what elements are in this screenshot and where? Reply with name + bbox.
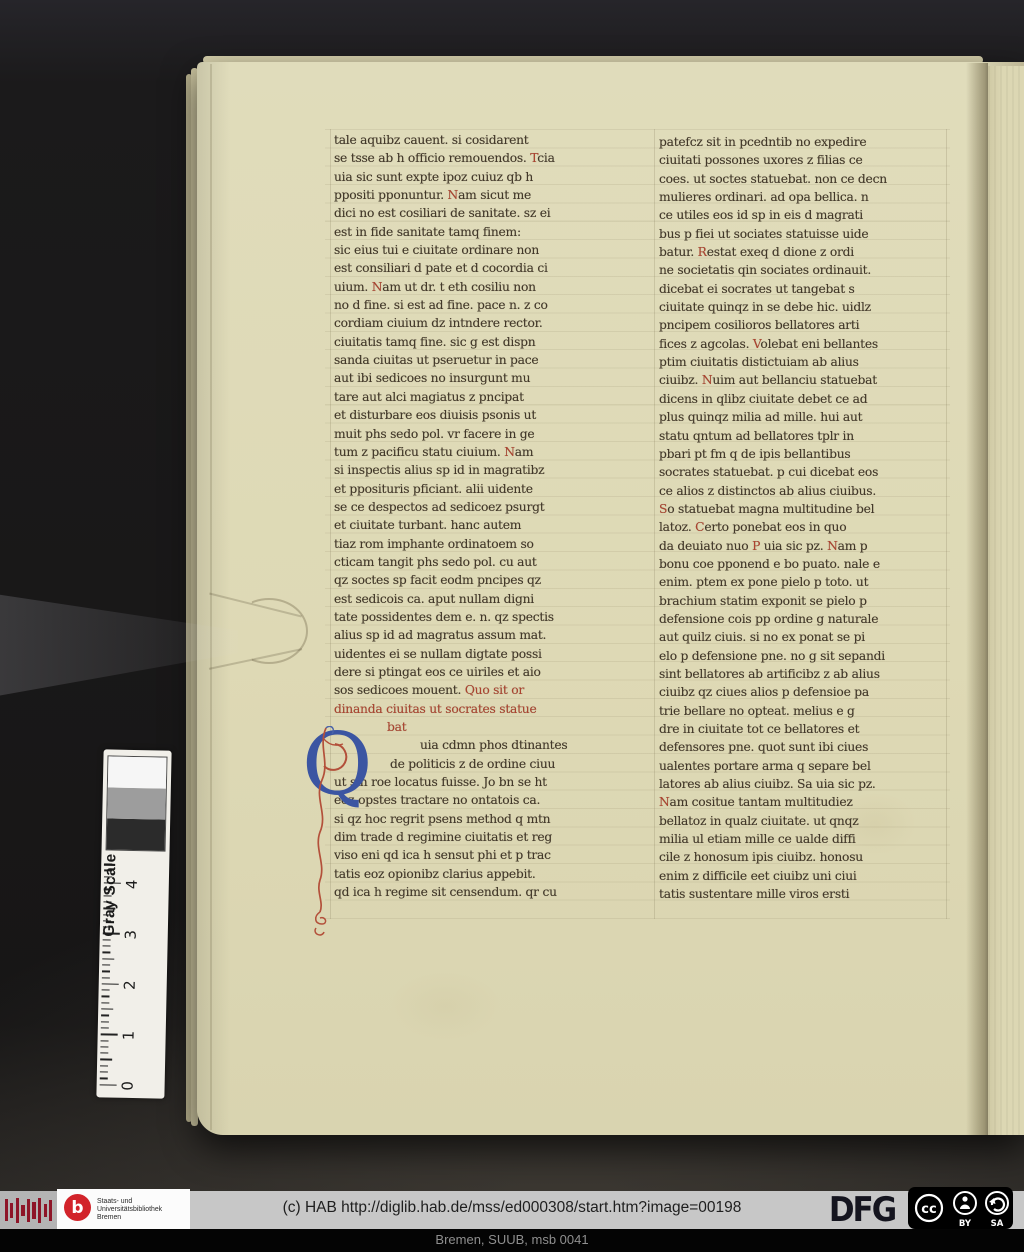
ink-text: enim. ptem ex pone pielo p toto. ut bbox=[659, 575, 868, 589]
manuscript-line: plus quinqz milia ad mille. hui aut bbox=[659, 408, 942, 426]
rubric-text: bat bbox=[387, 720, 406, 734]
ink-text: ciuitati possones uxores z filias ce bbox=[659, 153, 863, 167]
ink-text: et pposituris pficiant. alii uidente bbox=[334, 482, 533, 496]
manuscript-line: bonu coe pponend e bo puato. nale e bbox=[659, 555, 942, 573]
ruler-tick bbox=[102, 971, 110, 973]
gray-scale-ruler-body: 01234 Gray Scale bbox=[96, 749, 171, 1098]
ink-text: trie bellare no opteat. melius e g bbox=[659, 704, 855, 718]
rubric-text: Quo sit or bbox=[465, 683, 524, 697]
manuscript-line: tale aquibz cauent. si cosidarent bbox=[334, 131, 652, 149]
manuscript-line: batur. Restat exeq d dione z ordi bbox=[659, 243, 942, 261]
manuscript-line: pncipem cosilioros bellatores arti bbox=[659, 316, 942, 334]
ink-text: si inspectis alius sp id in magratibz bbox=[334, 463, 544, 477]
manuscript-line: sanda ciuitas ut pseruetur in pace bbox=[334, 351, 652, 369]
manuscript-line: de politicis z de ordine ciuu bbox=[334, 755, 652, 773]
manuscript-line: defensione cois pp ordine g naturale bbox=[659, 610, 942, 628]
rubric-text: R bbox=[698, 245, 707, 259]
ink-text: cia bbox=[537, 151, 554, 165]
ink-text: est in fide sanitate tamq finem: bbox=[334, 225, 521, 239]
rubric-text: P bbox=[752, 539, 760, 553]
manuscript-line: elo p defensione pne. no g sit sepandi bbox=[659, 647, 942, 665]
ink-text: defensione cois pp ordine g naturale bbox=[659, 612, 878, 626]
ink-text: aut ibi sedicoes no insurgunt mu bbox=[334, 371, 530, 385]
ink-text: tatis eoz opionibz clarius appebit. bbox=[334, 867, 536, 881]
manuscript-line: dre in ciuitate tot ce bellatores et bbox=[659, 720, 942, 738]
ink-text: am sicut me bbox=[458, 188, 531, 202]
ink-text: sint bellatores ab artificibz z ab alius bbox=[659, 667, 880, 681]
ink-text: bellatoz in qualz ciuitate. ut qnqz bbox=[659, 814, 858, 828]
ruler-tick bbox=[100, 1046, 108, 1048]
ruler-tick bbox=[101, 1015, 109, 1017]
ink-text: defensores pne. quot sunt ibi ciues bbox=[659, 740, 868, 754]
ink-text: ciuitate quinqz in se debe hic. uidlz bbox=[659, 300, 871, 314]
ink-text: cticam tangit phs sedo pol. cu aut bbox=[334, 555, 537, 569]
manuscript-line: ne societatis qin sociates ordinauit. bbox=[659, 261, 942, 279]
manuscript-line: ciuitate quinqz in se debe hic. uidlz bbox=[659, 298, 942, 316]
manuscript-line: mulieres ordinari. ad opa bellica. n bbox=[659, 188, 942, 206]
ink-text: statu qntum ad bellatores tplr in bbox=[659, 429, 854, 443]
ink-text: dere si ptingat eos ce uiriles et aio bbox=[334, 665, 541, 679]
sa-label: SA bbox=[991, 1219, 1004, 1229]
manuscript-line: eoz opstes tractare no ontatois ca. bbox=[334, 791, 652, 809]
manuscript-line: defensores pne. quot sunt ibi ciues bbox=[659, 738, 942, 756]
ink-text: uia sic pz. bbox=[760, 539, 827, 553]
manuscript-line: ualentes portare arma q separe bel bbox=[659, 757, 942, 775]
manuscript-line: aut quilz ciuis. si no ex ponat se pi bbox=[659, 628, 942, 646]
manuscript-line: tum z pacificu statu ciuium. Nam bbox=[334, 443, 652, 461]
ruler-number: 2 bbox=[121, 979, 139, 991]
ink-text: uium. bbox=[334, 280, 372, 294]
manuscript-line: coes. ut soctes statuebat. non ce decn bbox=[659, 170, 942, 188]
ink-text: estat exeq d dione z ordi bbox=[707, 245, 854, 259]
manuscript-line: statu qntum ad bellatores tplr in bbox=[659, 427, 942, 445]
ink-text: dim trade d regimine ciuitatis et reg bbox=[334, 830, 552, 844]
ink-text: ualentes portare arma q separe bel bbox=[659, 759, 871, 773]
manuscript-line: et disturbare eos diuisis psonis ut bbox=[334, 406, 652, 424]
ink-text: coes. ut soctes statuebat. non ce decn bbox=[659, 172, 887, 186]
ink-text: cile z honosum ipis ciuibz. honosu bbox=[659, 850, 863, 864]
column-rule bbox=[946, 129, 947, 919]
ink-text: et ciuitate turbant. hanc autem bbox=[334, 518, 521, 532]
ink-text: ciuitatis tamq fine. sic g est dispn bbox=[334, 335, 535, 349]
ink-text: uim aut bellanciu statuebat bbox=[712, 373, 877, 387]
manuscript-line: si inspectis alius sp id in magratibz bbox=[334, 461, 652, 479]
manuscript-line: tare aut alci magiatus z pncipat bbox=[334, 388, 652, 406]
ink-text: da deuiato nuo bbox=[659, 539, 752, 553]
ink-text: batur. bbox=[659, 245, 698, 259]
ink-text: dicebat ei socrates ut tangebat s bbox=[659, 282, 855, 296]
ink-text: uidentes ei se nullam digtate possi bbox=[334, 647, 542, 661]
ink-text: sic eius tui e ciuitate ordinare non bbox=[334, 243, 539, 257]
ruler-tick bbox=[101, 1027, 109, 1029]
ruler-tick bbox=[101, 996, 109, 998]
manuscript-line: ciuibz qz ciues alios p defensioe pa bbox=[659, 683, 942, 701]
ink-text: uia sic sunt expte ipoz cuiuz qb h bbox=[334, 170, 533, 184]
manuscript-line: tatis sustentare mille viros ersti bbox=[659, 885, 942, 903]
manuscript-line: milia ul etiam mille ce ualde diffi bbox=[659, 830, 942, 848]
ink-text: bonu coe pponend e bo puato. nale e bbox=[659, 557, 880, 571]
ruler-tick bbox=[102, 989, 110, 991]
ink-text: alius sp id ad magratus assum mat. bbox=[334, 628, 546, 642]
manuscript-line: bellatoz in qualz ciuitate. ut qnqz bbox=[659, 812, 942, 830]
manuscript-line: ut sin roe locatus fuisse. Jo bn se ht bbox=[334, 773, 652, 791]
manuscript-right-column: patefcz sit in pcedntib no expedireciuit… bbox=[659, 133, 942, 903]
manuscript-line: dici no est cosiliari de sanitate. sz ei bbox=[334, 204, 652, 222]
manuscript-line: et ciuitate turbant. hanc autem bbox=[334, 516, 652, 534]
ruler-number: 1 bbox=[120, 1029, 138, 1041]
manuscript-line: latores ab alius ciuibz. Sa uia sic pz. bbox=[659, 775, 942, 793]
manuscript-line: bus p fiei ut sociates statuisse uide bbox=[659, 225, 942, 243]
ink-text: plus quinqz milia ad mille. hui aut bbox=[659, 410, 862, 424]
manuscript-line: ciuitatis tamq fine. sic g est dispn bbox=[334, 333, 652, 351]
ink-text: brachium statim exponit se pielo p bbox=[659, 594, 867, 608]
rubric-text: dinanda ciuitas ut socrates statue bbox=[334, 702, 537, 716]
ruler-number: 4 bbox=[123, 878, 141, 890]
ink-text: ciuibz qz ciues alios p defensioe pa bbox=[659, 685, 869, 699]
ink-text: dicens in qlibz ciuitate debet ce ad bbox=[659, 392, 867, 406]
ink-text: ptim ciuitatis distictuiam ab alius bbox=[659, 355, 859, 369]
manuscript-line: tatis eoz opionibz clarius appebit. bbox=[334, 865, 652, 883]
manuscript-line: et pposituris pficiant. alii uidente bbox=[334, 480, 652, 498]
ruler-tick bbox=[101, 1008, 113, 1010]
ink-text: tiaz rom imphante ordinatoem so bbox=[334, 537, 534, 551]
ruler-tick bbox=[100, 1065, 108, 1067]
manuscript-line: patefcz sit in pcedntib no expedire bbox=[659, 133, 942, 151]
ruler-tick bbox=[102, 977, 110, 979]
ruler-tick bbox=[101, 1021, 109, 1023]
gray-scale-label: Gray Scale bbox=[101, 853, 121, 937]
pen-flourish bbox=[310, 726, 336, 941]
ink-text: et disturbare eos diuisis psonis ut bbox=[334, 408, 536, 422]
manuscript-line: enim. ptem ex pone pielo p toto. ut bbox=[659, 573, 942, 591]
manuscript-line: sint bellatores ab artificibz z ab alius bbox=[659, 665, 942, 683]
ink-text: qz soctes sp facit eodm pncipes qz bbox=[334, 573, 541, 587]
ink-text: am p bbox=[838, 539, 868, 553]
ink-text: de politicis z de ordine ciuu bbox=[390, 757, 555, 771]
ink-text: am cositue tantam multitudiez bbox=[670, 795, 853, 809]
manuscript-line: da deuiato nuo P uia sic pz. Nam p bbox=[659, 537, 942, 555]
by-person-icon bbox=[954, 1192, 976, 1214]
ink-text: am ut dr. t eth cosiliu non bbox=[382, 280, 536, 294]
rubric-text: N bbox=[659, 795, 670, 809]
ruler-tick bbox=[102, 958, 114, 960]
manuscript-left-column: tale aquibz cauent. si cosidarentse tsse… bbox=[334, 131, 652, 901]
ink-text: elo p defensione pne. no g sit sepandi bbox=[659, 649, 885, 663]
ink-text: latoz. bbox=[659, 520, 695, 534]
ink-text: am bbox=[515, 445, 534, 459]
ink-text: tatis sustentare mille viros ersti bbox=[659, 887, 849, 901]
ink-text: patefcz sit in pcedntib no expedire bbox=[659, 135, 866, 149]
book-gutter bbox=[966, 63, 988, 1135]
ruler-tick bbox=[101, 1040, 109, 1042]
ink-text: olebat eni bellantes bbox=[760, 337, 878, 351]
column-rule bbox=[654, 129, 655, 919]
manuscript-line: tate possidentes dem e. n. qz spectis bbox=[334, 608, 652, 626]
ink-text: se ce despectos ad sedicoez psurgt bbox=[334, 500, 544, 514]
ink-text: ce utiles eos id sp in eis d magrati bbox=[659, 208, 863, 222]
ruler-tick bbox=[100, 1052, 108, 1054]
patch-gray bbox=[107, 787, 166, 819]
facing-page-edge bbox=[988, 66, 1024, 1135]
patch-black bbox=[107, 818, 166, 850]
ink-text: aut quilz ciuis. si no ex ponat se pi bbox=[659, 630, 865, 644]
manuscript-line: qd ica h regime sit censendum. qr cu bbox=[334, 883, 652, 901]
ruler-tick bbox=[103, 945, 111, 947]
manuscript-line: viso eni qd ica h sensut phi et p trac bbox=[334, 846, 652, 864]
ink-text: si qz hoc regrit psens method q mtn bbox=[334, 812, 550, 826]
ink-text: pncipem cosilioros bellatores arti bbox=[659, 318, 859, 332]
manuscript-line: cticam tangit phs sedo pol. cu aut bbox=[334, 553, 652, 571]
rubric-text: N bbox=[827, 539, 838, 553]
manuscript-line: no d fine. si est ad fine. pace n. z co bbox=[334, 296, 652, 314]
manuscript-line: uidentes ei se nullam digtate possi bbox=[334, 645, 652, 663]
ruler-tick bbox=[102, 952, 110, 954]
ink-text: qd ica h regime sit censendum. qr cu bbox=[334, 885, 557, 899]
manuscript-line: est consiliari d pate et d cocordia ci bbox=[334, 259, 652, 277]
ink-text: no d fine. si est ad fine. pace n. z co bbox=[334, 298, 548, 312]
manuscript-line: brachium statim exponit se pielo p bbox=[659, 592, 942, 610]
rubric-text: N bbox=[504, 445, 515, 459]
manuscript-line: ppositi pponuntur. Nam sicut me bbox=[334, 186, 652, 204]
ink-text: ppositi pponuntur. bbox=[334, 188, 448, 202]
manuscript-line: se ce despectos ad sedicoez psurgt bbox=[334, 498, 652, 516]
rubric-text: C bbox=[695, 520, 704, 534]
manuscript-line: est sedicois ca. aput nullam digni bbox=[334, 590, 652, 608]
ink-text: bus p fiei ut sociates statuisse uide bbox=[659, 227, 868, 241]
manuscript-line: dicens in qlibz ciuitate debet ce ad bbox=[659, 390, 942, 408]
manuscript-line: cile z honosum ipis ciuibz. honosu bbox=[659, 848, 942, 866]
ruler-tick bbox=[101, 1002, 109, 1004]
ink-text: sos sedicoes mouent. bbox=[334, 683, 465, 697]
manuscript-line: muit phs sedo pol. vr facere in ge bbox=[334, 425, 652, 443]
ruler-tick bbox=[102, 964, 110, 966]
ink-text: est consiliari d pate et d cocordia ci bbox=[334, 261, 548, 275]
ink-text: pbari pt fm q de ipis bellantibus bbox=[659, 447, 850, 461]
manuscript-line: alius sp id ad magratus assum mat. bbox=[334, 626, 652, 644]
gray-scale-ruler: 01234 Gray Scale bbox=[96, 749, 171, 1098]
manuscript-line: cordiam ciuium dz intndere rector. bbox=[334, 314, 652, 332]
manuscript-line: Nam cositue tantam multitudiez bbox=[659, 793, 942, 811]
manuscript-line: So statuebat magna multitudine bel bbox=[659, 500, 942, 518]
manuscript-line: latoz. Certo ponebat eos in quo bbox=[659, 518, 942, 536]
ink-text: dre in ciuitate tot ce bellatores et bbox=[659, 722, 859, 736]
ink-text: erto ponebat eos in quo bbox=[704, 520, 846, 534]
ruler-tick bbox=[100, 1078, 108, 1080]
ink-text: enim z difficile eet ciuibz uni ciui bbox=[659, 869, 857, 883]
photo-background: tale aquibz cauent. si cosidarentse tsse… bbox=[0, 0, 1024, 1191]
manuscript-line: dere si ptingat eos ce uiriles et aio bbox=[334, 663, 652, 681]
gray-scale-patches bbox=[106, 755, 168, 851]
manuscript-line: trie bellare no opteat. melius e g bbox=[659, 702, 942, 720]
ink-text: ce alios z distinctos ab alius ciuibus. bbox=[659, 484, 876, 498]
ruler-number: 3 bbox=[122, 929, 140, 941]
rubric-text: N bbox=[372, 280, 383, 294]
manuscript-line: fices z agcolas. Volebat eni bellantes bbox=[659, 335, 942, 353]
digitized-manuscript-screenshot: tale aquibz cauent. si cosidarentse tsse… bbox=[0, 0, 1024, 1252]
manuscript-line: sos sedicoes mouent. Quo sit or bbox=[334, 681, 652, 699]
ink-text: latores ab alius ciuibz. Sa uia sic pz. bbox=[659, 777, 876, 791]
manuscript-line: bat bbox=[334, 718, 652, 736]
manuscript-line: socrates statuebat. p cui dicebat eos bbox=[659, 463, 942, 481]
cc-icon-label: cc bbox=[921, 1202, 936, 1217]
rubric-text: N bbox=[702, 373, 713, 387]
ink-text: tum z pacificu statu ciuium. bbox=[334, 445, 504, 459]
ink-text: uia cdmn phos dtinantes bbox=[420, 738, 567, 752]
manuscript-line: si qz hoc regrit psens method q mtn bbox=[334, 810, 652, 828]
ink-text: ne societatis qin sociates ordinauit. bbox=[659, 263, 871, 277]
manuscript-line: enim z difficile eet ciuibz uni ciui bbox=[659, 867, 942, 885]
ruler-tick bbox=[100, 1084, 117, 1086]
manuscript-line: sic eius tui e ciuitate ordinare non bbox=[334, 241, 652, 259]
ink-text: mulieres ordinari. ad opa bellica. n bbox=[659, 190, 869, 204]
manuscript-line: ce alios z distinctos ab alius ciuibus. bbox=[659, 482, 942, 500]
ink-text: se tsse ab h officio remouendos. bbox=[334, 151, 530, 165]
by-label: BY bbox=[959, 1219, 972, 1229]
shelfmark-caption: Bremen, SUUB, msb 0041 bbox=[0, 1232, 1024, 1247]
ruler-number: 0 bbox=[118, 1080, 136, 1092]
ink-text: fices z agcolas. bbox=[659, 337, 753, 351]
ink-text: sanda ciuitas ut pseruetur in pace bbox=[334, 353, 538, 367]
ink-text: tate possidentes dem e. n. qz spectis bbox=[334, 610, 554, 624]
ink-text: est sedicois ca. aput nullam digni bbox=[334, 592, 534, 606]
ink-text: tale aquibz cauent. si cosidarent bbox=[334, 133, 528, 147]
ink-text: muit phs sedo pol. vr facere in ge bbox=[334, 427, 534, 441]
cc-license-badge: cc BY SA bbox=[908, 1187, 1013, 1229]
ruler-tick bbox=[100, 1071, 108, 1073]
ink-text: cordiam ciuium dz intndere rector. bbox=[334, 316, 543, 330]
manuscript-line: dinanda ciuitas ut socrates statue bbox=[334, 700, 652, 718]
rubric-text: N bbox=[448, 188, 459, 202]
manuscript-line: ptim ciuitatis distictuiam ab alius bbox=[659, 353, 942, 371]
rubric-text: S bbox=[659, 502, 667, 516]
cc-by-sa-icons: cc BY SA bbox=[908, 1187, 1013, 1229]
leaf-edge-line bbox=[210, 64, 212, 1130]
ruler-tick bbox=[103, 939, 111, 941]
manuscript-line: uia sic sunt expte ipoz cuiuz qb h bbox=[334, 168, 652, 186]
manuscript-line: est in fide sanitate tamq finem: bbox=[334, 223, 652, 241]
manuscript-line: pbari pt fm q de ipis bellantibus bbox=[659, 445, 942, 463]
manuscript-line: ce utiles eos id sp in eis d magrati bbox=[659, 206, 942, 224]
manuscript-line: dicebat ei socrates ut tangebat s bbox=[659, 280, 942, 298]
ink-text: o statuebat magna multitudine bel bbox=[667, 502, 874, 516]
dfg-logo: DFG bbox=[816, 1192, 908, 1229]
ink-text: dici no est cosiliari de sanitate. sz ei bbox=[334, 206, 550, 220]
ruler-tick bbox=[102, 983, 119, 985]
manuscript-line: uia cdmn phos dtinantes bbox=[334, 736, 652, 754]
manuscript-line: tiaz rom imphante ordinatoem so bbox=[334, 535, 652, 553]
ink-text: socrates statuebat. p cui dicebat eos bbox=[659, 465, 878, 479]
patch-white bbox=[108, 756, 167, 788]
manuscript-line: uium. Nam ut dr. t eth cosiliu non bbox=[334, 278, 652, 296]
ruler-tick bbox=[101, 1034, 118, 1036]
ruler-tick bbox=[100, 1059, 112, 1061]
manuscript-line: dim trade d regimine ciuitatis et reg bbox=[334, 828, 652, 846]
manuscript-line: se tsse ab h officio remouendos. Tcia bbox=[334, 149, 652, 167]
ink-text: ciuibz. bbox=[659, 373, 702, 387]
manuscript-line: ciuibz. Nuim aut bellanciu statuebat bbox=[659, 371, 942, 389]
manuscript-line: qz soctes sp facit eodm pncipes qz bbox=[334, 571, 652, 589]
manuscript-line: aut ibi sedicoes no insurgunt mu bbox=[334, 369, 652, 387]
ink-text: milia ul etiam mille ce ualde diffi bbox=[659, 832, 856, 846]
ink-text: viso eni qd ica h sensut phi et p trac bbox=[334, 848, 551, 862]
manuscript-line: ciuitati possones uxores z filias ce bbox=[659, 151, 942, 169]
ink-text: tare aut alci magiatus z pncipat bbox=[334, 390, 524, 404]
